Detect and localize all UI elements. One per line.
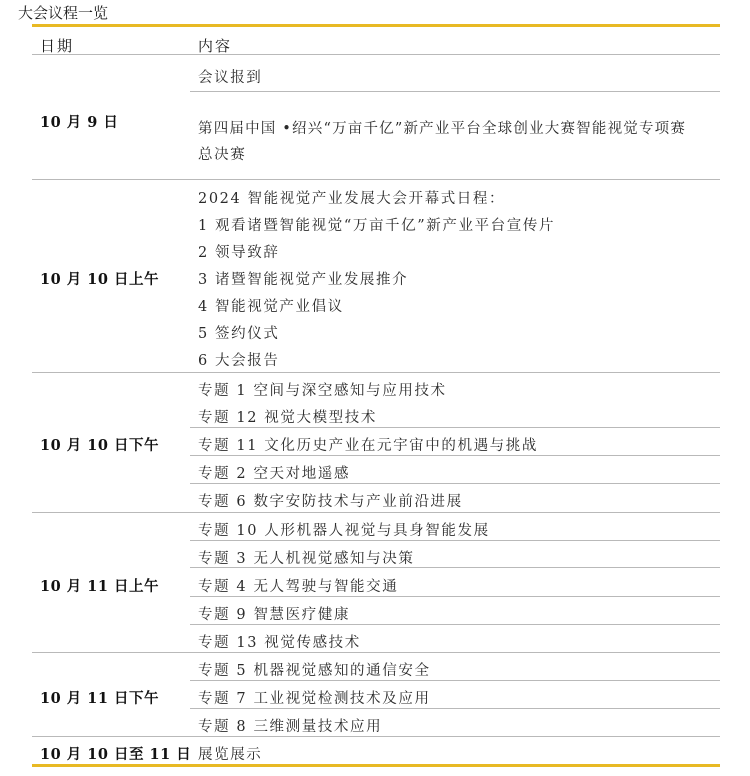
top-rule xyxy=(32,24,720,27)
content-cell: 专题 2 空天对地遥感 xyxy=(198,462,350,483)
date-cell: 10 月 9 日 xyxy=(40,111,118,132)
row-divider xyxy=(190,567,720,568)
content-cell: 专题 10 人形机器人视觉与具身智能发展 xyxy=(198,519,490,540)
content-cell: 专题 6 数字安防技术与产业前沿进展 xyxy=(198,490,463,511)
row-divider xyxy=(190,483,720,484)
header-divider xyxy=(32,54,720,55)
content-cell: 3 诸暨智能视觉产业发展推介 xyxy=(198,268,408,289)
content-cell: 专题 3 无人机视觉感知与决策 xyxy=(198,547,414,568)
content-cell: 专题 12 视觉大模型技术 xyxy=(198,406,377,427)
content-cell: 4 智能视觉产业倡议 xyxy=(198,295,344,316)
row-divider xyxy=(190,708,720,709)
row-divider xyxy=(190,91,720,92)
content-cell: 2 领导致辞 xyxy=(198,241,279,262)
group-divider xyxy=(32,512,720,513)
header-date: 日期 xyxy=(40,35,74,56)
content-cell: 专题 8 三维测量技术应用 xyxy=(198,715,382,736)
content-cell: 专题 4 无人驾驶与智能交通 xyxy=(198,575,398,596)
content-cell: 展览展示 xyxy=(198,743,262,764)
content-cell: 1 观看诸暨智能视觉“万亩千亿”新产业平台宣传片 xyxy=(198,214,555,235)
group-divider xyxy=(32,652,720,653)
date-cell: 10 月 10 日下午 xyxy=(40,434,159,455)
row-divider xyxy=(190,455,720,456)
bottom-rule xyxy=(32,764,720,767)
date-cell: 10 月 10 日至 11 日 xyxy=(40,743,191,764)
date-cell: 10 月 10 日上午 xyxy=(40,268,159,289)
group-divider xyxy=(32,736,720,737)
content-cell: 6 大会报告 xyxy=(198,349,279,370)
date-cell: 10 月 11 日下午 xyxy=(40,687,159,708)
content-cell: 5 签约仪式 xyxy=(198,322,279,343)
content-cell: 专题 9 智慧医疗健康 xyxy=(198,603,350,624)
row-divider xyxy=(190,624,720,625)
content-cell: 专题 5 机器视觉感知的通信安全 xyxy=(198,659,431,680)
row-divider xyxy=(190,427,720,428)
row-divider xyxy=(190,596,720,597)
header-content: 内容 xyxy=(198,35,232,56)
row-divider xyxy=(190,540,720,541)
group-divider xyxy=(32,372,720,373)
content-cell: 2024 智能视觉产业发展大会开幕式日程： xyxy=(198,187,505,208)
content-cell: 总决赛 xyxy=(198,143,246,164)
content-cell: 第四届中国 •绍兴“万亩千亿”新产业平台全球创业大赛智能视觉专项赛 xyxy=(198,117,686,138)
content-cell: 专题 1 空间与深空感知与应用技术 xyxy=(198,379,447,400)
page-title: 大会议程一览 xyxy=(18,2,108,23)
row-divider xyxy=(190,680,720,681)
content-cell: 会议报到 xyxy=(198,66,262,87)
content-cell: 专题 13 视觉传感技术 xyxy=(198,631,361,652)
date-cell: 10 月 11 日上午 xyxy=(40,575,159,596)
content-cell: 专题 11 文化历史产业在元宇宙中的机遇与挑战 xyxy=(198,434,538,455)
content-cell: 专题 7 工业视觉检测技术及应用 xyxy=(198,687,431,708)
group-divider xyxy=(32,179,720,180)
